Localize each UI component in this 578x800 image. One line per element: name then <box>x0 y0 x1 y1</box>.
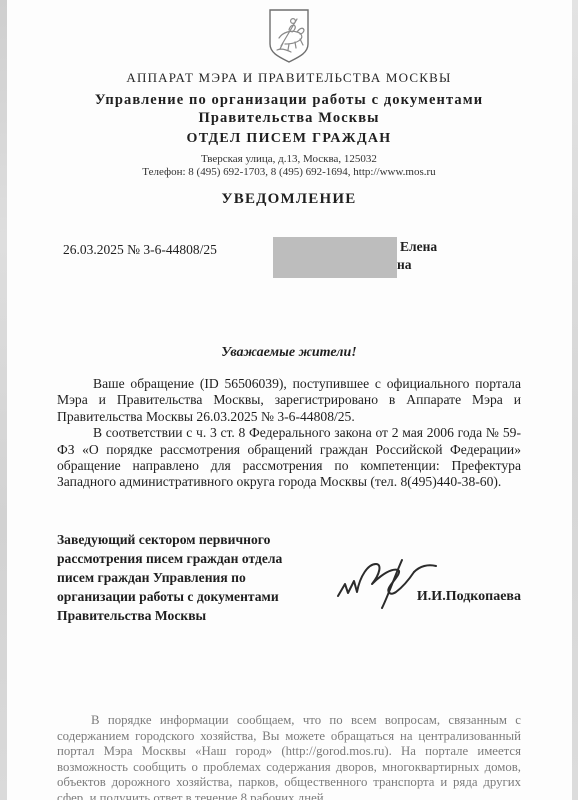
document-page: АППАРАТ МЭРА И ПРАВИТЕЛЬСТВА МОСКВЫ Упра… <box>0 0 578 800</box>
signer-position-line: писем граждан Управления по <box>57 568 319 587</box>
addressee-name-fragment-2: на <box>397 257 412 273</box>
body-paragraph-1: Ваше обращение (ID 56506039), поступивше… <box>57 376 521 425</box>
signer-position-line: Заведующий сектором первичного <box>57 530 319 549</box>
body-paragraph-2: В соответствии с ч. 3 ст. 8 Федерального… <box>57 425 521 491</box>
signer-name: И.И.Подкопаева <box>417 589 521 605</box>
salutation: Уважаемые жители! <box>0 345 578 361</box>
moscow-coat-of-arms-icon <box>0 8 578 69</box>
letter-body: Ваше обращение (ID 56506039), поступивше… <box>57 376 521 491</box>
footer-note-paragraph: В порядке информации сообщаем, что по вс… <box>57 713 521 800</box>
document-title: УВЕДОМЛЕНИЕ <box>0 191 578 208</box>
org-name-department-line1: Управление по организации работы с докум… <box>0 92 578 109</box>
handwritten-signature-icon <box>332 550 444 619</box>
postal-address: Тверская улица, д.13, Москва, 125032 <box>0 153 578 165</box>
signer-position-line: Правительства Москвы <box>57 606 319 625</box>
redaction-box <box>273 237 397 278</box>
signer-position-line: рассмотрения писем граждан отдела <box>57 549 319 568</box>
signer-position-line: организации работы с документами <box>57 587 319 606</box>
signer-position: Заведующий сектором первичного рассмотре… <box>57 530 319 625</box>
org-name-department-line2: Правительства Москвы <box>0 110 578 127</box>
addressee-name-fragment-1: Елена <box>400 239 437 255</box>
department-name: ОТДЕЛ ПИСЕМ ГРАЖДАН <box>0 131 578 147</box>
date-and-number: 26.03.2025 № 3-6-44808/25 <box>63 242 217 258</box>
contacts-line: Телефон: 8 (495) 692-1703, 8 (495) 692-1… <box>0 166 578 178</box>
org-name-top: АППАРАТ МЭРА И ПРАВИТЕЛЬСТВА МОСКВЫ <box>0 70 578 86</box>
footer-note: В порядке информации сообщаем, что по вс… <box>57 713 521 800</box>
